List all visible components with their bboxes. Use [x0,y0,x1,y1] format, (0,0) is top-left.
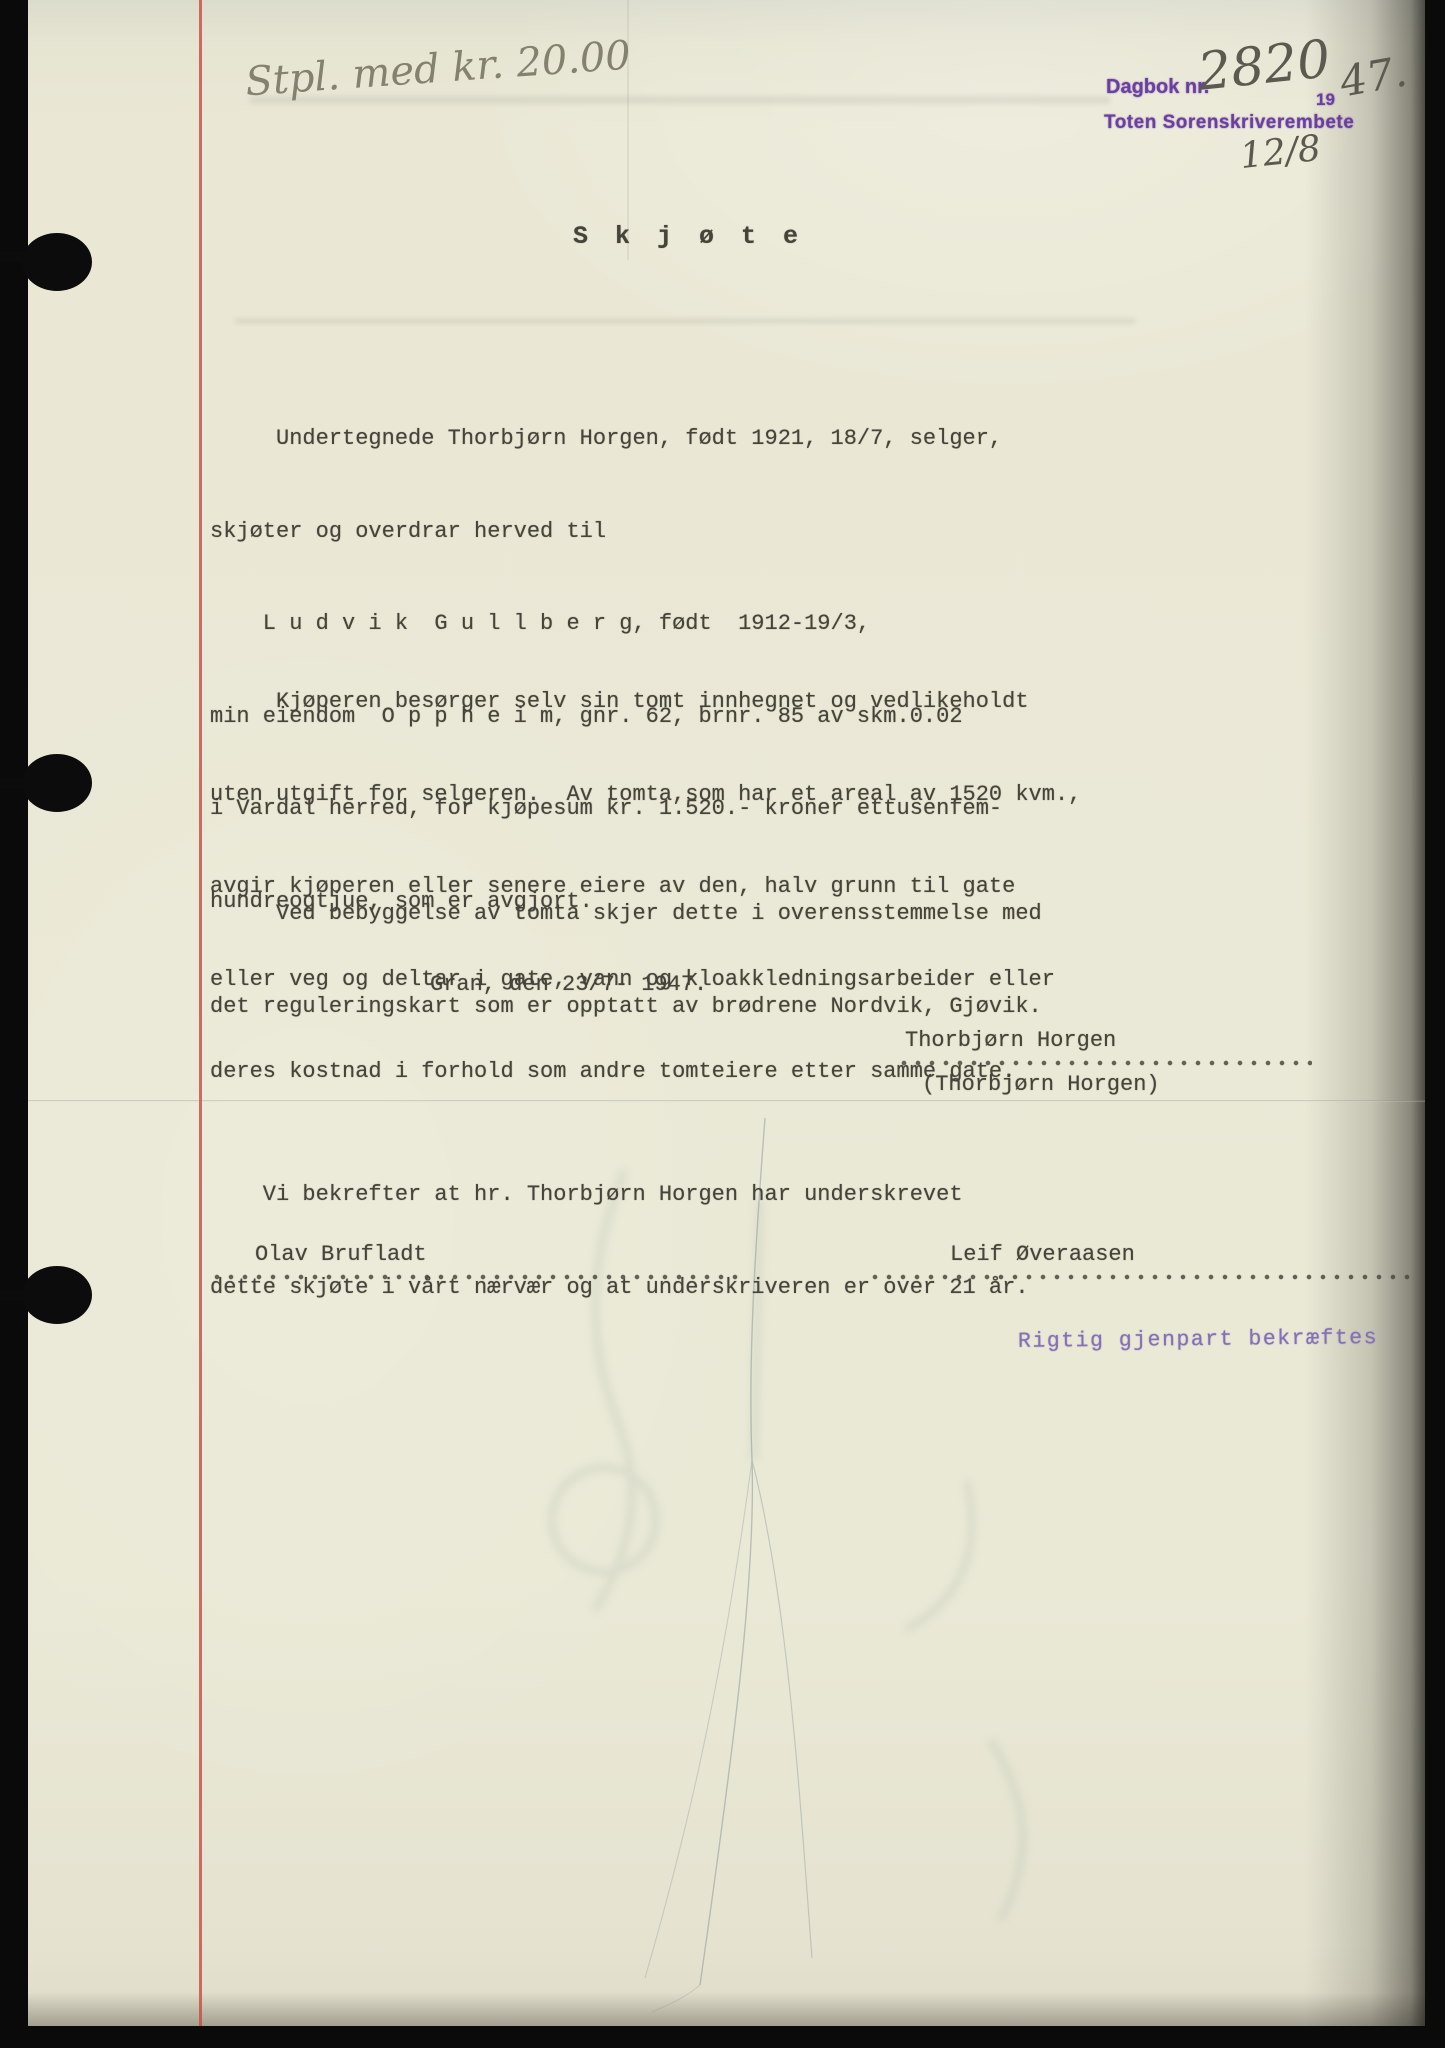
margin-line [199,0,202,2026]
hole-punch-slot [0,252,38,262]
witness2-signature: Leif Øveraasen [950,1242,1135,1267]
body-line: Vi bekrefter at hr. Thorbjørn Horgen har… [210,1174,1029,1217]
journal-year-prefix: 19 [1316,90,1335,110]
scanned-document-page: Stpl. med kr. 20.00 Dagbok nr. 2820 19 4… [0,0,1445,2048]
scan-streak [250,96,1110,104]
dateline: Gran, den 23/7- 1947. [430,972,707,997]
journal-stamp-label: Dagbok nr. [1106,76,1209,99]
body-line: Ved bebyggelse av tomta skjer dette i ov… [210,893,1042,936]
seller-signature: Thorbjørn Horgen [905,1028,1116,1053]
signature-dotted-line [897,1060,1312,1066]
witness1-signature: Olav Brufladt [255,1242,427,1267]
paper-edge-shadow [1305,0,1425,2026]
seller-name-printed: (Thorbjørn Horgen) [922,1072,1160,1097]
witness1-dotted-line [210,1274,738,1280]
hole-punch-slot [0,778,38,788]
body-line: dette skjøte i vårt nærvær og at undersk… [210,1267,1029,1310]
body-line: Undertegnede Thorbjørn Horgen, født 1921… [210,418,1002,461]
paper-bottom-shadow [28,1992,1425,2026]
body-line: Kjøperen besørger selv sin tomt innhegne… [210,681,1081,724]
document-title: S k j ø t e [573,222,804,251]
hole-punch-slot [0,1290,38,1300]
received-date-handwritten: 12/8 [1238,128,1323,177]
witness2-dotted-line [868,1274,1413,1280]
hole-punch-top [22,233,92,291]
body-line: skjøter og overdrar herved til [210,511,1002,554]
certification-stamp: Rigtig gjenpart bekræftes [1018,1326,1378,1354]
scan-streak [235,318,1135,324]
body-line: uten utgift for selgeren. Av tomta,som h… [210,774,1081,817]
